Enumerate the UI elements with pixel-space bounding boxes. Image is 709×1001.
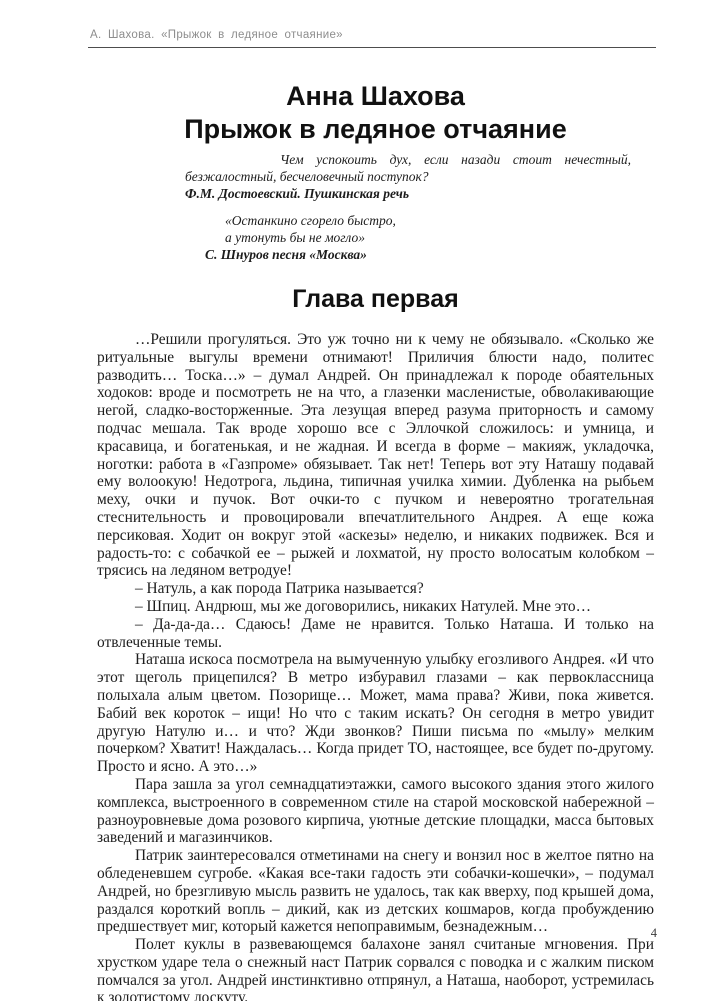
epigraph-quote-line: а утонуть бы не могло» <box>225 229 645 246</box>
epigraph-dostoevsky: Чем успокоить дух, если назади стоит неч… <box>185 151 631 202</box>
paragraph: Патрик заинтересовался отметинами на сне… <box>97 847 654 936</box>
paragraph: Пара зашла за угол семнадцатиэтажки, сам… <box>97 776 654 847</box>
header-rule <box>88 47 656 48</box>
epigraph-attribution: Ф.М. Достоевский. Пушкинская речь <box>185 185 631 202</box>
paragraph: Наташа искоса посмотрела на вымученную у… <box>97 651 654 776</box>
paragraph: – Натуль, а как порода Патрика называетс… <box>97 580 654 598</box>
page-number: 4 <box>651 926 657 941</box>
paragraph: Полет куклы в развевающемся балахоне зан… <box>97 936 654 1001</box>
paragraph: – Да-да-да… Сдаюсь! Даме не нравится. То… <box>97 616 654 652</box>
author-name: Анна Шахова <box>97 80 654 113</box>
title-block: Анна Шахова Прыжок в ледяное отчаяние <box>97 80 654 146</box>
body-text: …Решили прогуляться. Это уж точно ни к ч… <box>97 331 654 1001</box>
book-page: А. Шахова. «Прыжок в ледяное отчаяние» А… <box>0 0 709 1001</box>
chapter-heading: Глава первая <box>97 285 654 314</box>
epigraph-quote-line: «Останкино сгорело быстро, <box>225 212 645 229</box>
paragraph: – Шпиц. Андрюш, мы же договорились, ника… <box>97 598 654 616</box>
running-header: А. Шахова. «Прыжок в ледяное отчаяние» <box>90 29 655 41</box>
paragraph: …Решили прогуляться. Это уж точно ни к ч… <box>97 331 654 580</box>
epigraph-attribution: С. Шнуров песня «Москва» <box>205 246 645 263</box>
epigraph-shnurov: «Останкино сгорело быстро, а утонуть бы … <box>205 212 645 263</box>
epigraph-quote: Чем успокоить дух, если назади стоит неч… <box>185 151 631 185</box>
book-title: Прыжок в ледяное отчаяние <box>97 113 654 146</box>
